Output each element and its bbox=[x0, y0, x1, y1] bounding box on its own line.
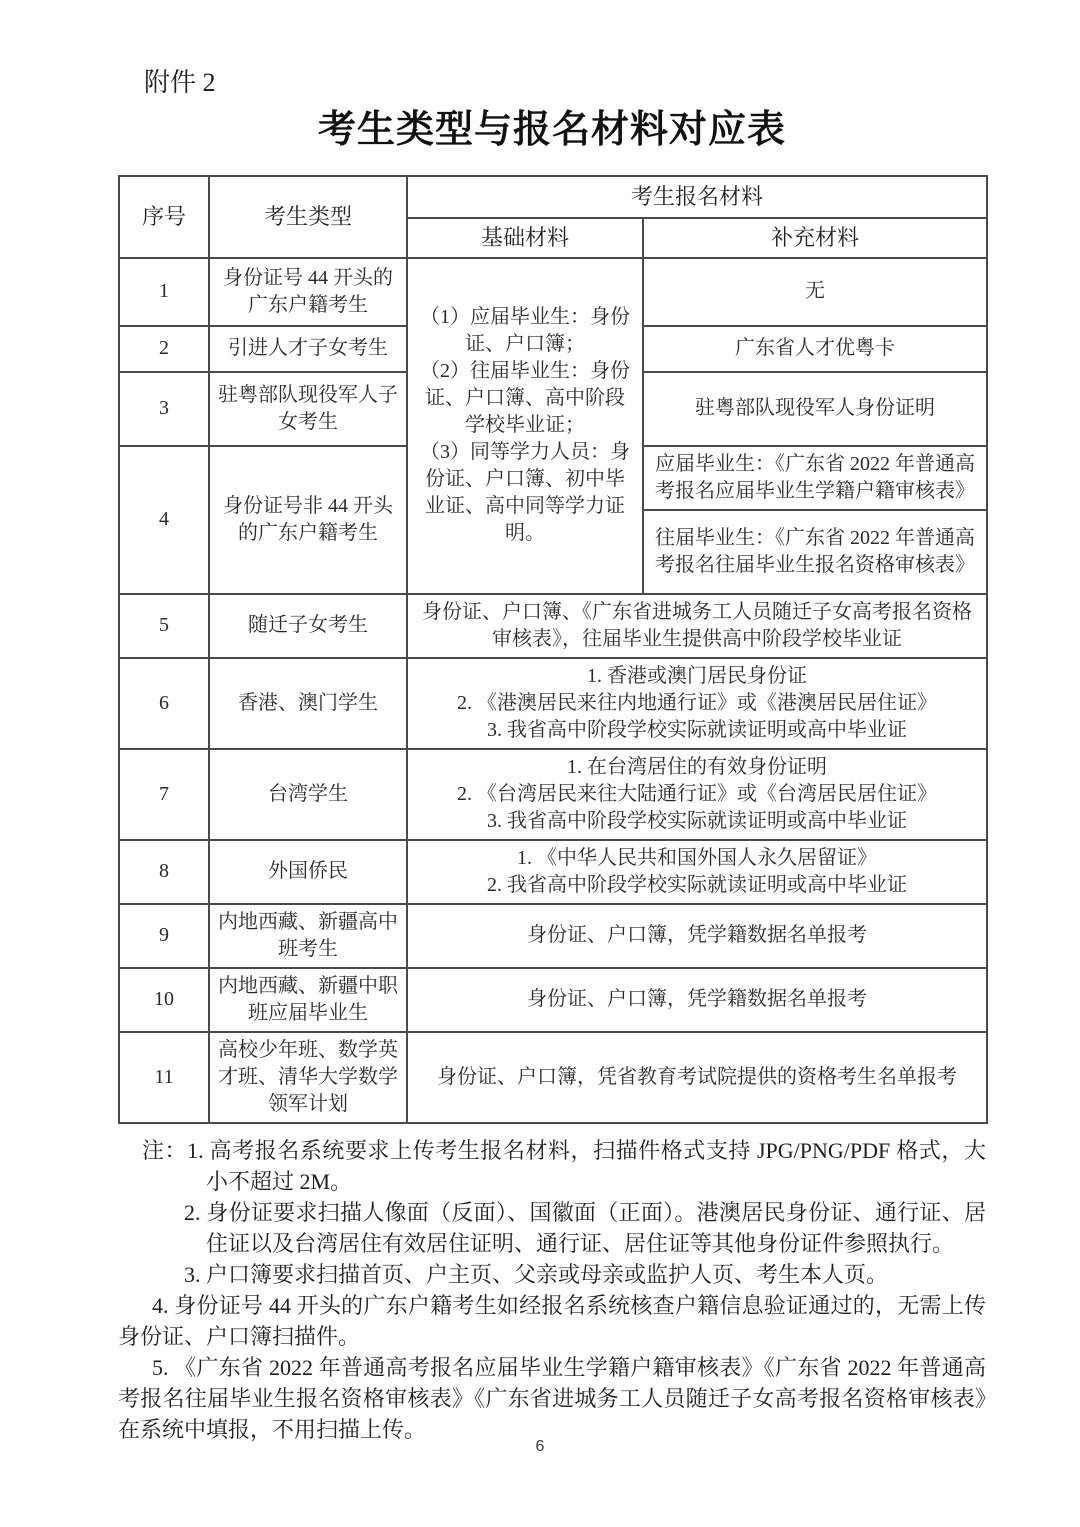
row-number: 8 bbox=[119, 840, 209, 904]
materials-cell: 1. 《中华人民共和国外国人永久居留证》 2. 我省高中阶段学校实际就读证明或高… bbox=[407, 840, 987, 904]
notes-section: 注：1. 高考报名系统要求上传考生报名材料，扫描件格式支持 JPG/PNG/PD… bbox=[118, 1135, 986, 1445]
materials-cell: 1. 香港或澳门居民身份证 2. 《港澳居民来往内地通行证》或《港澳居民居住证》… bbox=[407, 658, 987, 749]
table-row: 11 高校少年班、数学英才班、清华大学数学领军计划 身份证、户口簿，凭省教育考试… bbox=[119, 1032, 987, 1123]
materials-cell: 身份证、户口簿，凭省教育考试院提供的资格考生名单报考 bbox=[407, 1032, 987, 1123]
col-header-basic: 基础材料 bbox=[407, 218, 643, 258]
row-number: 4 bbox=[119, 446, 209, 594]
note-item-2: 2. 身份证要求扫描人像面（反面）、国徽面（正面）。港澳居民身份证、通行证、居住… bbox=[118, 1197, 986, 1259]
notes-label: 注： bbox=[142, 1138, 187, 1163]
table-row: 8 外国侨民 1. 《中华人民共和国外国人永久居留证》 2. 我省高中阶段学校实… bbox=[119, 840, 987, 904]
candidate-type: 外国侨民 bbox=[209, 840, 407, 904]
table-row: 1 身份证号 44 开头的广东户籍考生 （1）应届毕业生：身份证、户口簿； （2… bbox=[119, 258, 987, 326]
candidate-materials-table: 序号 考生类型 考生报名材料 基础材料 补充材料 1 身份证号 44 开头的广东… bbox=[118, 175, 988, 1124]
candidate-type: 身份证号非 44 开头的广东户籍考生 bbox=[209, 446, 407, 594]
table-row: 9 内地西藏、新疆高中班考生 身份证、户口簿，凭学籍数据名单报考 bbox=[119, 904, 987, 968]
table-row: 5 随迁子女考生 身份证、户口簿、《广东省进城务工人员随迁子女高考报名资格审核表… bbox=[119, 594, 987, 658]
candidate-type: 内地西藏、新疆高中班考生 bbox=[209, 904, 407, 968]
note-item-4: 4. 身份证号 44 开头的广东户籍考生如经报名系统核查户籍信息验证通过的，无需… bbox=[118, 1290, 986, 1352]
supplementary-materials-cell: 无 bbox=[643, 258, 987, 326]
note-item-1: 注：1. 高考报名系统要求上传考生报名材料，扫描件格式支持 JPG/PNG/PD… bbox=[118, 1135, 986, 1197]
materials-cell: 1. 在台湾居住的有效身份证明 2. 《台湾居民来往大陆通行证》或《台湾居民居住… bbox=[407, 749, 987, 840]
row-number: 9 bbox=[119, 904, 209, 968]
note-text: 1. 高考报名系统要求上传考生报名材料，扫描件格式支持 JPG/PNG/PDF … bbox=[187, 1138, 986, 1194]
document-page: 附件 2 考生类型与报名材料对应表 序号 考生类型 考生报名材料 基础材料 补充… bbox=[118, 0, 986, 1445]
supplementary-materials-cell: 广东省人才优粤卡 bbox=[643, 326, 987, 372]
col-header-materials: 考生报名材料 bbox=[407, 176, 987, 218]
col-header-no: 序号 bbox=[119, 176, 209, 258]
row-number: 6 bbox=[119, 658, 209, 749]
materials-cell: 身份证、户口簿、《广东省进城务工人员随迁子女高考报名资格审核表》，往届毕业生提供… bbox=[407, 594, 987, 658]
page-title: 考生类型与报名材料对应表 bbox=[118, 106, 986, 154]
row-number: 7 bbox=[119, 749, 209, 840]
row-number: 5 bbox=[119, 594, 209, 658]
attachment-label: 附件 2 bbox=[144, 66, 986, 100]
row-number: 2 bbox=[119, 326, 209, 372]
row-number: 11 bbox=[119, 1032, 209, 1123]
candidate-type: 随迁子女考生 bbox=[209, 594, 407, 658]
candidate-type: 高校少年班、数学英才班、清华大学数学领军计划 bbox=[209, 1032, 407, 1123]
candidate-type: 内地西藏、新疆中职班应届毕业生 bbox=[209, 968, 407, 1032]
note-item-5: 5. 《广东省 2022 年普通高考报名应届毕业生学籍户籍审核表》《广东省 20… bbox=[118, 1352, 986, 1445]
table-row: 10 内地西藏、新疆中职班应届毕业生 身份证、户口簿，凭学籍数据名单报考 bbox=[119, 968, 987, 1032]
candidate-type: 引进人才子女考生 bbox=[209, 326, 407, 372]
supplementary-materials-cell-fresh-graduate: 应届毕业生：《广东省 2022 年普通高考报名应届毕业生学籍户籍审核表》 bbox=[643, 446, 987, 510]
candidate-type: 台湾学生 bbox=[209, 749, 407, 840]
row-number: 1 bbox=[119, 258, 209, 326]
note-item-3: 3. 户口簿要求扫描首页、户主页、父亲或母亲或监护人页、考生本人页。 bbox=[118, 1259, 986, 1290]
row-number: 3 bbox=[119, 372, 209, 446]
table-row: 6 香港、澳门学生 1. 香港或澳门居民身份证 2. 《港澳居民来往内地通行证》… bbox=[119, 658, 987, 749]
candidate-type: 驻粤部队现役军人子女考生 bbox=[209, 372, 407, 446]
materials-cell: 身份证、户口簿，凭学籍数据名单报考 bbox=[407, 904, 987, 968]
candidate-type: 香港、澳门学生 bbox=[209, 658, 407, 749]
supplementary-materials-cell-former-graduate: 往届毕业生：《广东省 2022 年普通高考报名往届毕业生报名资格审核表》 bbox=[643, 510, 987, 594]
supplementary-materials-cell: 驻粤部队现役军人身份证明 bbox=[643, 372, 987, 446]
table-row: 7 台湾学生 1. 在台湾居住的有效身份证明 2. 《台湾居民来往大陆通行证》或… bbox=[119, 749, 987, 840]
materials-cell: 身份证、户口簿，凭学籍数据名单报考 bbox=[407, 968, 987, 1032]
row-number: 10 bbox=[119, 968, 209, 1032]
col-header-supplementary: 补充材料 bbox=[643, 218, 987, 258]
candidate-type: 身份证号 44 开头的广东户籍考生 bbox=[209, 258, 407, 326]
shared-basic-materials-cell: （1）应届毕业生：身份证、户口簿； （2）往届毕业生：身份证、户口簿、高中阶段学… bbox=[407, 258, 643, 594]
col-header-type: 考生类型 bbox=[209, 176, 407, 258]
page-number: 6 bbox=[0, 1438, 1080, 1456]
